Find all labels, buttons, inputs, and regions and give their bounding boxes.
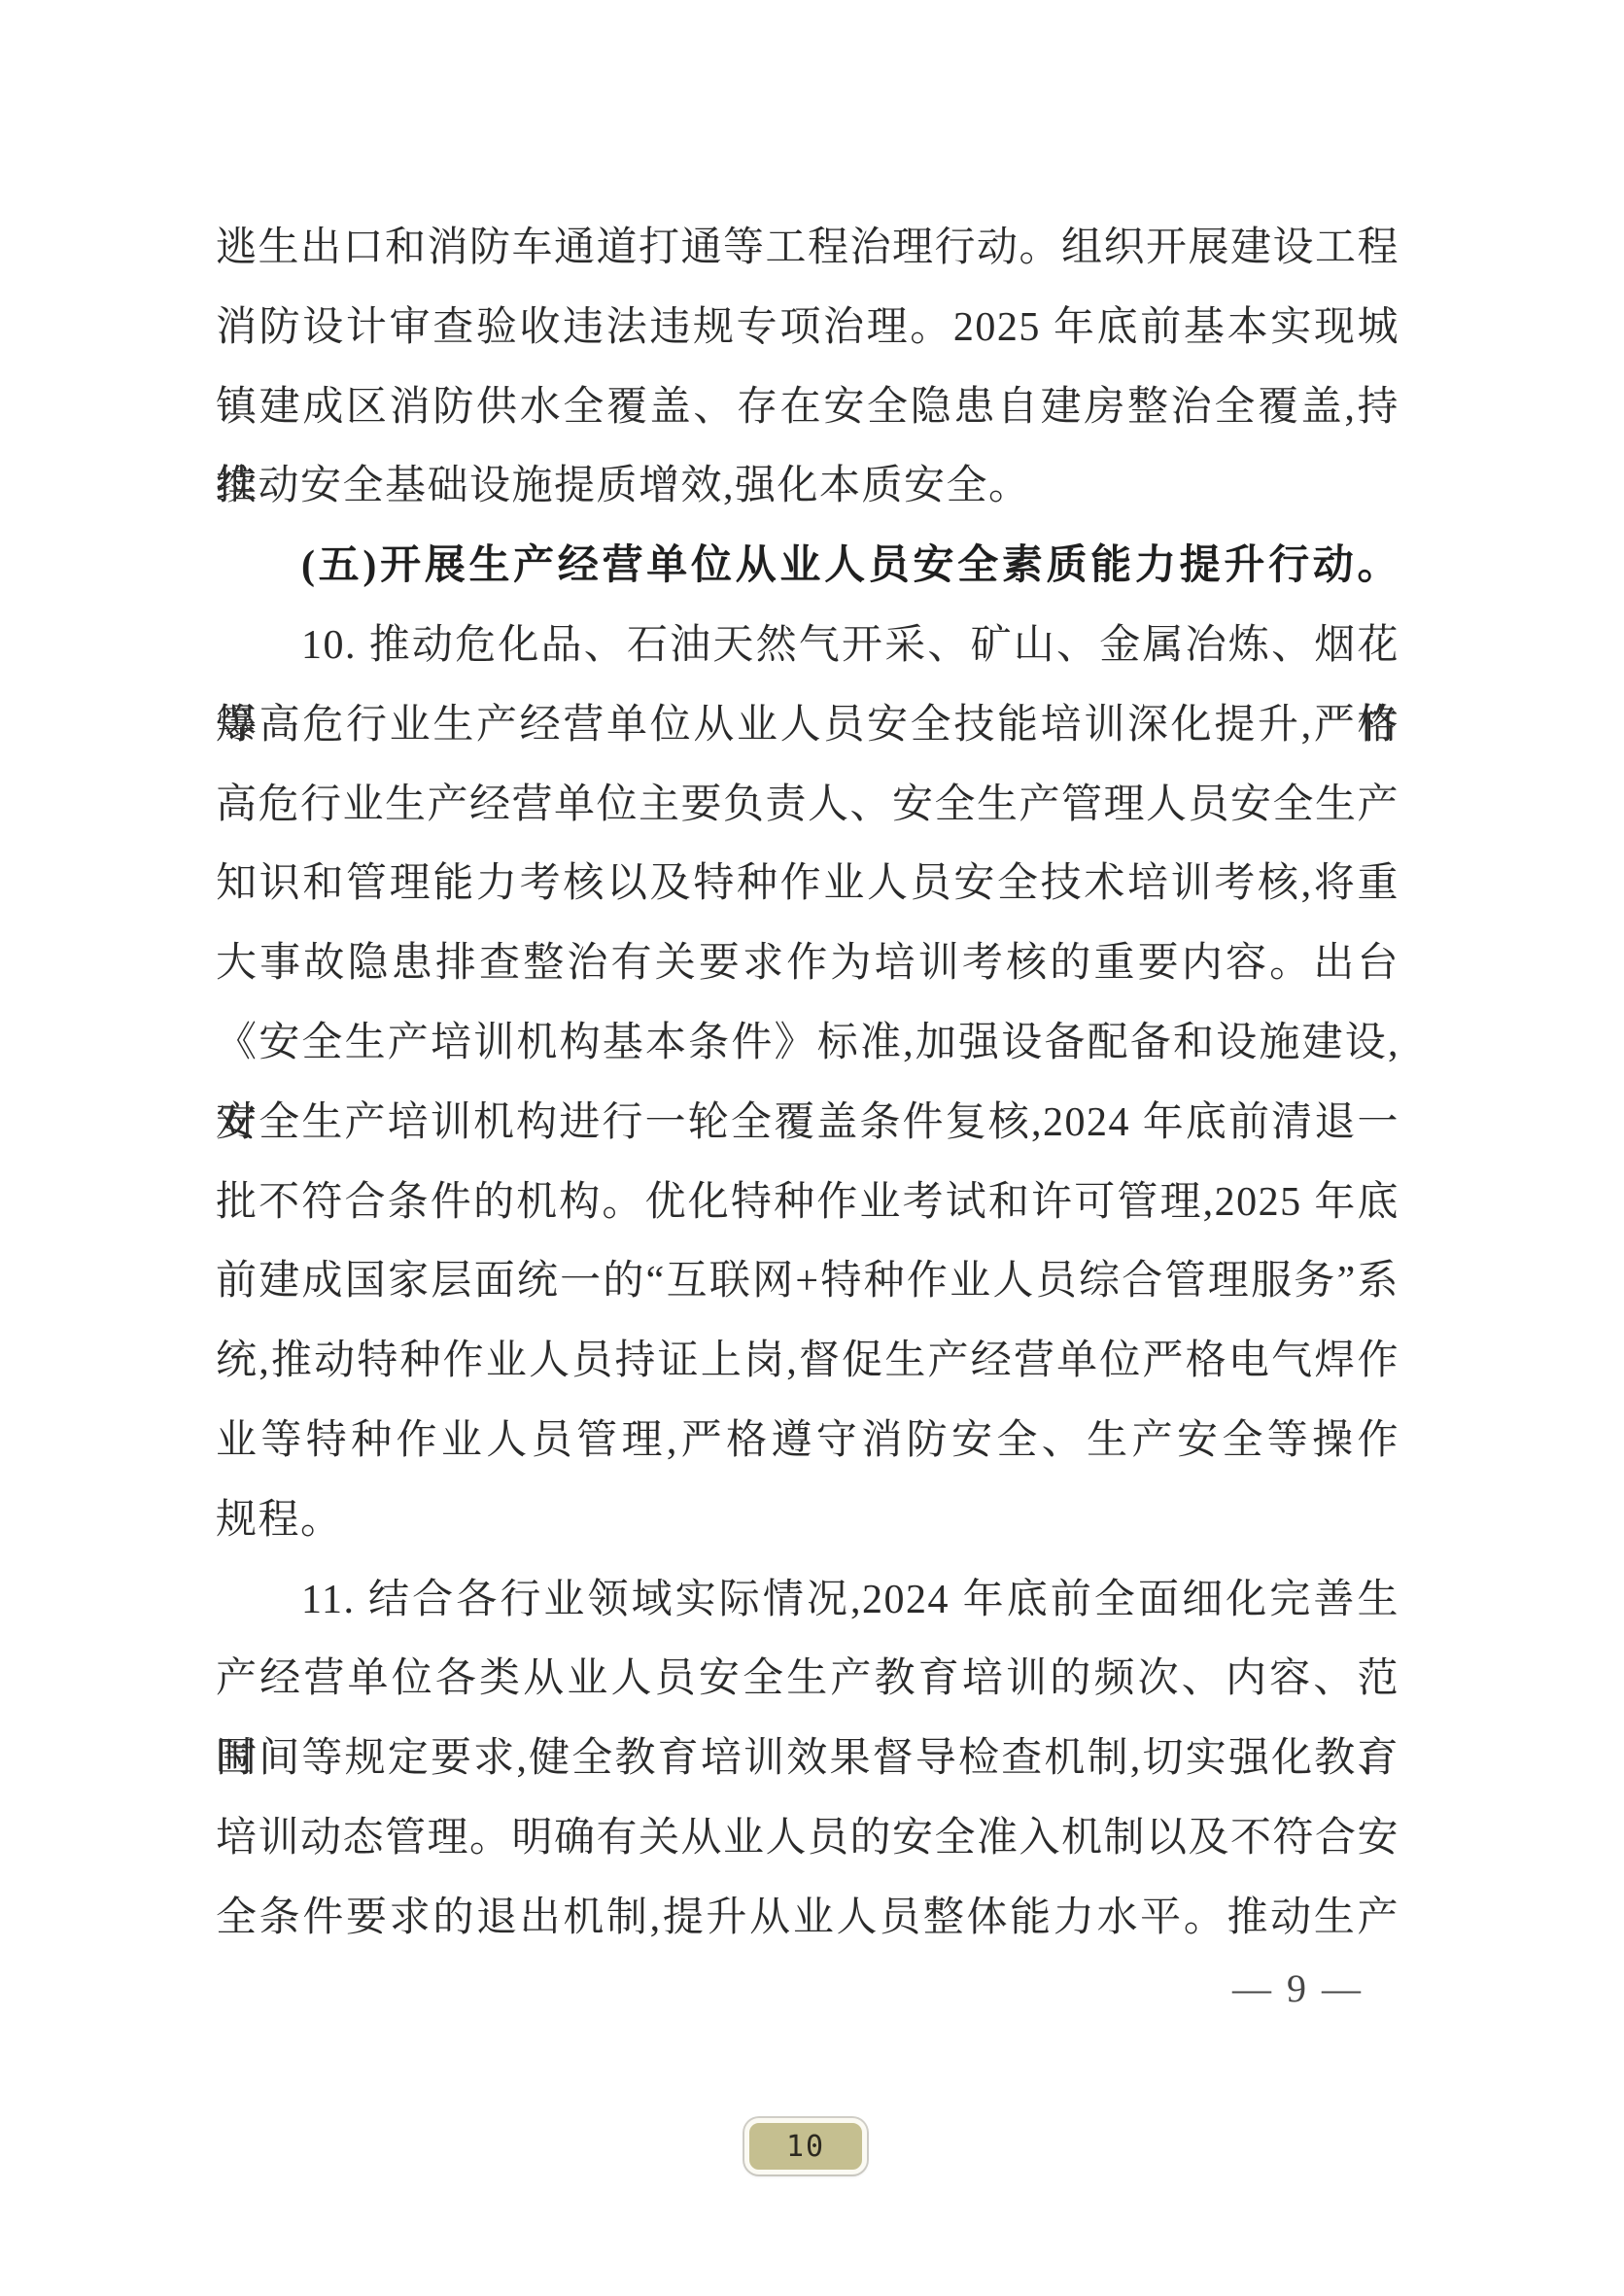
body-line: 镇建成区消防供水全覆盖、存在安全隐患自建房整治全覆盖,持续 [216, 368, 1399, 448]
page-number: — 9 — [1232, 1958, 1364, 2020]
body-line: 10. 推动危化品、石油天然气开采、矿山、金属冶炼、烟花爆竹 [216, 607, 1399, 686]
body-line: 安全生产培训机构进行一轮全覆盖条件复核,2024 年底前清退一 [216, 1084, 1399, 1164]
body-line: 统,推动特种作业人员持证上岗,督促生产经营单位严格电气焊作 [216, 1322, 1399, 1402]
section-heading-line: (五)开展生产经营单位从业人员安全素质能力提升行动。 [216, 527, 1399, 607]
body-line: 《安全生产培训机构基本条件》标准,加强设备配备和设施建设,对 [216, 1004, 1399, 1084]
body-line: 时间等规定要求,健全教育培训效果督导检查机制,切实强化教育 [216, 1720, 1399, 1799]
page-indicator-badge: 10 [744, 2118, 867, 2174]
body-line: 产经营单位各类从业人员安全生产教育培训的频次、内容、范围、 [216, 1640, 1399, 1720]
body-line: 批不符合条件的机构。优化特种作业考试和许可管理,2025 年底 [216, 1164, 1399, 1243]
body-line: 逃生出口和消防车通道打通等工程治理行动。组织开展建设工程 [216, 209, 1399, 289]
body-line: 全条件要求的退出机制,提升从业人员整体能力水平。推动生产 [216, 1879, 1399, 1959]
body-line: 大事故隐患排查整治有关要求作为培训考核的重要内容。出台 [216, 924, 1399, 1004]
body-line: 高危行业生产经营单位主要负责人、安全生产管理人员安全生产 [216, 766, 1399, 846]
body-line: 11. 结合各行业领域实际情况,2024 年底前全面细化完善生 [216, 1561, 1399, 1641]
body-line: 前建成国家层面统一的“互联网+特种作业人员综合管理服务”系 [216, 1242, 1399, 1322]
body-line: 培训动态管理。明确有关从业人员的安全准入机制以及不符合安 [216, 1799, 1399, 1879]
document-text-block: 逃生出口和消防车通道打通等工程治理行动。组织开展建设工程 消防设计审查验收违法违… [216, 209, 1399, 1959]
body-line: 规程。 [216, 1481, 1399, 1561]
body-line: 消防设计审查验收违法违规专项治理。2025 年底前基本实现城 [216, 289, 1399, 368]
document-page: 逃生出口和消防车通道打通等工程治理行动。组织开展建设工程 消防设计审查验收违法违… [0, 0, 1624, 2296]
page-indicator-label: 10 [786, 2130, 825, 2164]
body-line: 推动安全基础设施提质增效,强化本质安全。 [216, 447, 1399, 527]
body-line: 业等特种作业人员管理,严格遵守消防安全、生产安全等操作 [216, 1402, 1399, 1481]
body-line: 知识和管理能力考核以及特种作业人员安全技术培训考核,将重 [216, 845, 1399, 924]
body-line: 等高危行业生产经营单位从业人员安全技能培训深化提升,严格 [216, 686, 1399, 766]
